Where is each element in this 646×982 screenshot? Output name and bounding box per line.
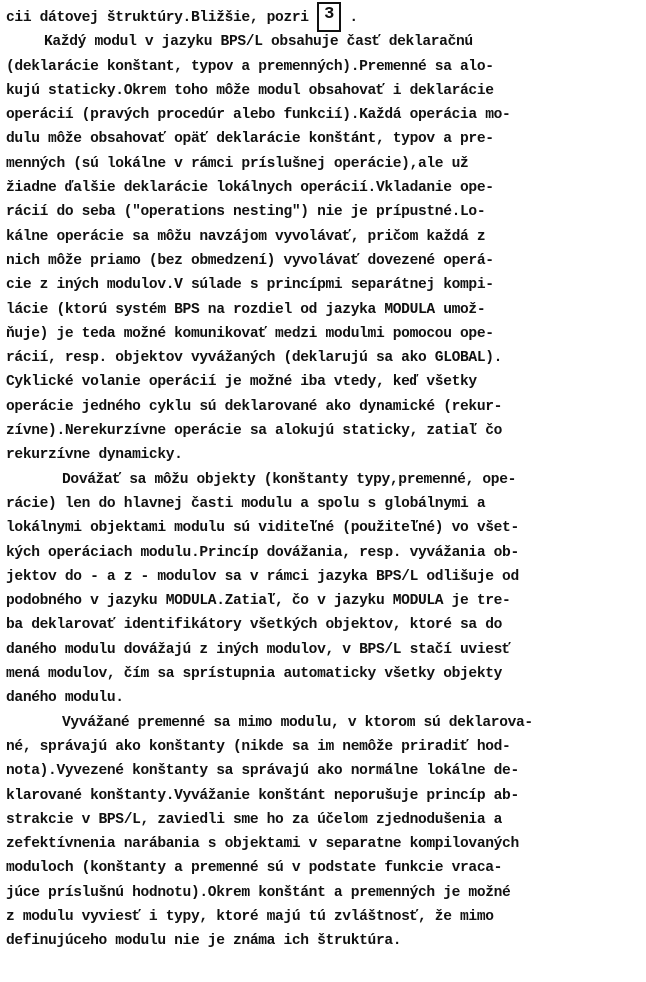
text-line: moduloch (konštanty a premenné sú v pods… [6, 856, 646, 880]
text-line: rekurzívne dynamicky. [6, 443, 646, 467]
text-line: kujú staticky.Okrem toho môže modul obsa… [6, 79, 646, 103]
text-line: žiadne ďalšie deklarácie lokálnych operá… [6, 176, 646, 200]
text-line: rácie) len do hlavnej časti modulu a spo… [6, 492, 646, 516]
text-line: kých operáciach modulu.Princíp dovážania… [6, 541, 646, 565]
first-line: cii dátovej štruktúry.Bližšie, pozri 3 . [6, 6, 646, 30]
text-line: nota).Vyvezené konštanty sa správajú ako… [6, 759, 646, 783]
text-line: jektov do - a z - modulov sa v rámci jaz… [6, 565, 646, 589]
text-line: lokálnymi objektami modulu sú viditeľné … [6, 516, 646, 540]
text-line: (deklarácie konštant, typov a premenných… [6, 55, 646, 79]
text-line: zívne).Nerekurzívne operácie sa alokujú … [6, 419, 646, 443]
text-line: operácie jedného cyklu sú deklarované ak… [6, 395, 646, 419]
paragraph: Vyvážané premenné sa mimo modulu, v ktor… [6, 711, 646, 954]
reference-citation: 3 [317, 2, 341, 32]
text-line: júce príslušnú hodnotu).Okrem konštánt a… [6, 881, 646, 905]
text-line: rácií do seba ("operations nesting") nie… [6, 200, 646, 224]
text-line: né, správajú ako konštanty (nikde sa im … [6, 735, 646, 759]
text-line: ňuje) je teda možné komunikovať medzi mo… [6, 322, 646, 346]
paragraphs-container: Každý modul v jazyku BPS/L obsahuje časť… [6, 30, 646, 953]
text-line: definujúceho modulu nie je známa ich štr… [6, 929, 646, 953]
first-line-end: . [341, 10, 358, 26]
text-line: rácií, resp. objektov vyvážaných (deklar… [6, 346, 646, 370]
text-line: daného modulu dovážajú z iných modulov, … [6, 638, 646, 662]
paragraph: Každý modul v jazyku BPS/L obsahuje časť… [6, 30, 646, 467]
paragraph: Dovážať sa môžu objekty (konštanty typy,… [6, 468, 646, 711]
text-line: operácií (pravých procedúr alebo funkcií… [6, 103, 646, 127]
text-line: strakcie v BPS/L, zaviedli sme ho za úče… [6, 808, 646, 832]
text-line: mená modulov, čím sa sprístupnia automat… [6, 662, 646, 686]
typewritten-page: cii dátovej štruktúry.Bližšie, pozri 3 .… [6, 6, 646, 954]
text-line: kálne operácie sa môžu navzájom vyvoláva… [6, 225, 646, 249]
text-line: cie z iných modulov.V súlade s princípmi… [6, 273, 646, 297]
text-line: Cyklické volanie operácií je možné iba v… [6, 370, 646, 394]
text-line: ba deklarovať identifikátory všetkých ob… [6, 613, 646, 637]
text-line: Vyvážané premenné sa mimo modulu, v ktor… [6, 711, 646, 735]
text-line: Každý modul v jazyku BPS/L obsahuje časť… [6, 30, 646, 54]
first-line-text: cii dátovej štruktúry.Bližšie, pozri [6, 10, 317, 26]
text-line: Dovážať sa môžu objekty (konštanty typy,… [6, 468, 646, 492]
text-line: zefektívnenia narábania s objektami v se… [6, 832, 646, 856]
text-line: klarované konštanty.Vyvážanie konštánt n… [6, 784, 646, 808]
text-line: lácie (ktorú systém BPS na rozdiel od ja… [6, 298, 646, 322]
text-line: menných (sú lokálne v rámci príslušnej o… [6, 152, 646, 176]
text-line: podobného v jazyku MODULA.Zatiaľ, čo v j… [6, 589, 646, 613]
text-line: daného modulu. [6, 686, 646, 710]
text-line: z modulu vyviesť i typy, ktoré majú tú z… [6, 905, 646, 929]
text-line: nich môže priamo (bez obmedzení) vyvoláv… [6, 249, 646, 273]
text-line: dulu môže obsahovať opäť deklarácie konš… [6, 127, 646, 151]
